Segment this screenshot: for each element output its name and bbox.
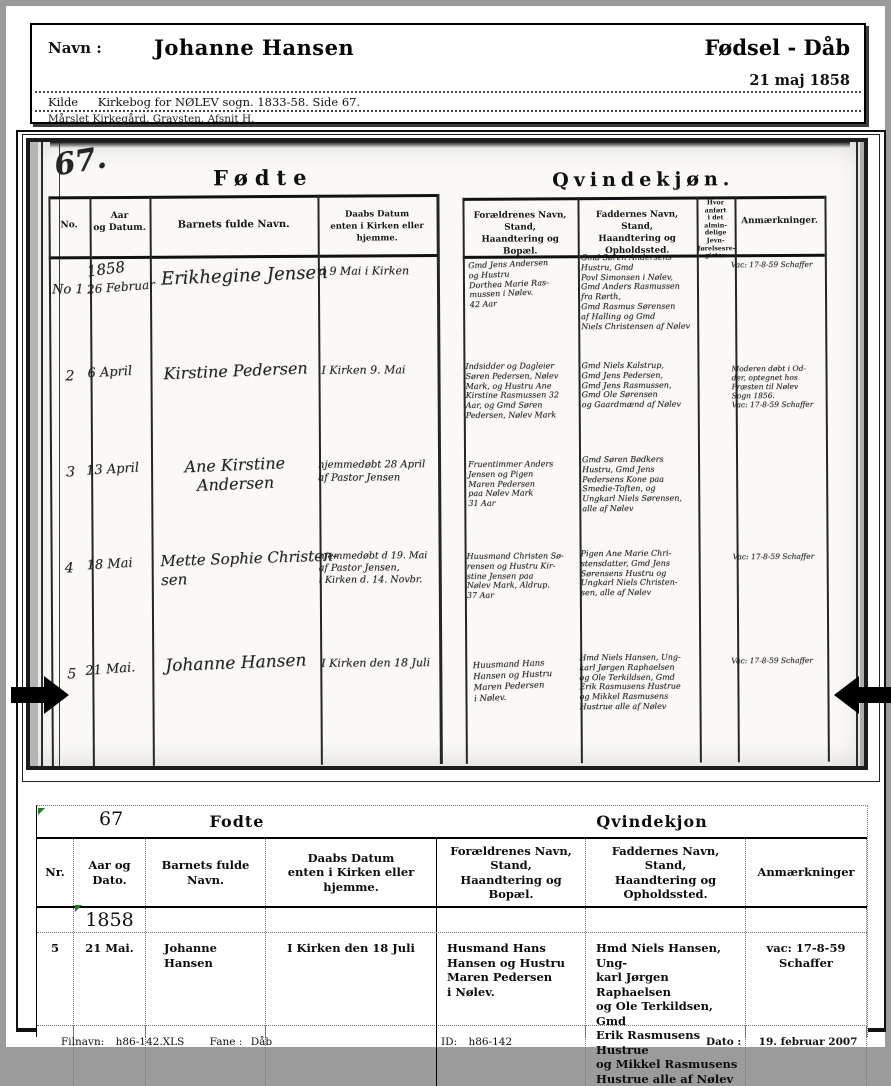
entry-date: 6 April (87, 364, 132, 382)
entry-number: No 1 (52, 282, 84, 297)
translation-title-row: 67 Fodte Qvindekjon (37, 806, 867, 839)
th-remarks: Anmærkninger (746, 839, 867, 906)
footer-left: Filnavn: h86-142.XLS Fane : Dåb (61, 1036, 272, 1048)
header-card: Navn : Johanne Hansen Fødsel - Dåb 21 ma… (30, 23, 866, 124)
col-header-name: Barnets fulde Navn. (150, 219, 318, 231)
page-number-handwritten: 67. (52, 140, 109, 183)
id-label: ID: (441, 1036, 457, 1048)
entry-number: 4 (65, 560, 74, 576)
col-header-remarks: Anmærkninger. (735, 216, 825, 227)
person-name: Johanne Hansen (154, 35, 354, 60)
source-value: Kirkebog for NØLEV sogn. 1833-58. Side 6… (98, 95, 360, 109)
th-name: Barnets fulde Navn. (146, 839, 266, 906)
tab-value: Dåb (251, 1036, 272, 1048)
entry-godparents: Gmd Søren Bødkers Hustru, Gmd Jens Peder… (582, 455, 682, 514)
translation-left-title: Fodte (210, 812, 265, 831)
entry-baptism: d 9 Mai i Kirken (319, 264, 409, 278)
right-section-title: Qvindekjøn. (498, 168, 788, 192)
entry-number: 2 (65, 368, 74, 384)
entry-godparents: Pigen Ane Marie Chri- stensdatter, Gmd J… (581, 549, 678, 599)
date-label: Dato : (706, 1036, 741, 1048)
entry-remarks: Vac: 17-8-59 Schaffer (731, 260, 813, 269)
date-value: 19. februar 2007 (759, 1036, 858, 1048)
entry-baptism: I Kirken 9. Mai (321, 363, 405, 377)
entry-parents: Huusmand Christen Sø- rensen og Hustru K… (467, 551, 564, 601)
col-header-godparents: Faddernes Navn, Stand, Haandtering og Op… (580, 208, 695, 257)
rule (49, 254, 439, 259)
column-line (734, 196, 739, 762)
entry-number: 3 (66, 464, 75, 480)
th-baptism: Daabs Datum enten i Kirken eller hjemme. (266, 839, 437, 906)
entry-baptism: I Kirken den 18 Juli (321, 656, 430, 670)
church-book-scan: 67. Fødte Qvindekjøn. (26, 138, 868, 770)
entry-date: 21 Mai. (85, 660, 136, 679)
divider (35, 110, 861, 112)
right-pointer-arrow-icon (834, 676, 891, 714)
translation-right-title: Qvindekjon (596, 812, 708, 831)
translation-year: 1858 (85, 909, 133, 931)
translation-left-title-cell: 67 Fodte (37, 806, 437, 837)
column-line (824, 196, 829, 762)
scan-sheet: 67. Fødte Qvindekjøn. (28, 139, 866, 768)
entry-name: Erikhegine Jensen (161, 262, 329, 290)
translation-page-number: 67 (99, 808, 123, 830)
footer-right: Dato : 19. februar 2007 (706, 1036, 857, 1048)
footer-bar: Filnavn: h86-142.XLS Fane : Dåb ID: h86-… (16, 1033, 882, 1051)
column-line (462, 198, 467, 764)
year-cell-empty (266, 908, 437, 932)
entry-remarks: Vac: 17-8-59 Schaffer (731, 656, 813, 665)
year-cell: 1858 (74, 908, 146, 932)
source-line: Kilde Kirkebog for NØLEV sogn. 1833-58. … (48, 95, 360, 109)
col-header-baptism: Daabs Datum enten i Kirken eller hjemme. (317, 208, 436, 245)
col-header-parents: Forældrenes Navn, Stand, Haandtering og … (465, 209, 576, 258)
year-cell-empty (437, 908, 586, 932)
source-label: Kilde (48, 95, 78, 109)
entry-godparents: Hmd Niels Hansen, Ung- karl Jørgen Rapha… (579, 653, 681, 712)
tab-label: Fane : (210, 1036, 243, 1048)
footer-center: ID: h86-142 (441, 1036, 512, 1048)
entry-godparents: Gmd Søren Andersens Hustru, Gmd Povl Sim… (581, 253, 690, 332)
year-cell-empty (586, 908, 746, 932)
event-title: Fødsel - Dåb (705, 35, 850, 60)
event-date: 21 maj 1858 (749, 72, 850, 89)
col-header-no: No. (49, 220, 90, 230)
filename-value: h86-142.XLS (116, 1036, 185, 1048)
translation-data-row: 5 21 Mai. Johanne Hansen I Kirken den 18… (37, 933, 867, 1026)
entry-remarks: Moderen døbt i Od- der, optegnet hos Præ… (731, 364, 813, 409)
translation-right-title-cell: Qvindekjon (437, 806, 867, 837)
entry-parents: Indsidder og Dagleier Søren Pedersen, Nø… (465, 361, 559, 420)
year-cell-empty (37, 908, 74, 932)
divider (35, 91, 861, 93)
entry-name: Ane Kirstine Andersen (169, 453, 300, 496)
translation-header-row: Nr. Aar og Dato. Barnets fulde Navn. Daa… (37, 839, 867, 908)
comment-marker-icon (38, 808, 45, 815)
filename-label: Filnavn: (61, 1036, 104, 1048)
entry-parents: Huusmand Hans Hansen og Hustru Maren Ped… (473, 658, 554, 705)
id-value: h86-142 (468, 1036, 512, 1048)
comment-marker-icon (75, 905, 82, 912)
entry-date: 26 Februar (87, 277, 156, 296)
column-line (696, 196, 701, 762)
report-page: Navn : Johanne Hansen Fødsel - Dåb 21 ma… (6, 6, 885, 1047)
th-nr: Nr. (37, 839, 74, 906)
entry-godparents: Gmd Niels Kalstrup, Gmd Jens Pedersen, G… (581, 361, 680, 411)
entry-date: 18 Mai (86, 556, 133, 574)
cemetery-note: Mårslet Kirkegård. Gravsten. Afsnit H. (48, 113, 254, 125)
year-cell-empty (746, 908, 867, 932)
th-parents: Forældrenes Navn, Stand, Haandtering og … (437, 839, 586, 906)
th-godparents: Faddernes Navn, Stand, Haandtering og Op… (586, 839, 746, 906)
entry-baptism: hjemmedøbt 28 April af Pastor Jensen (318, 458, 425, 485)
entry-name: Johanne Hansen (165, 650, 307, 676)
left-section-title: Fødte (148, 164, 378, 190)
left-pointer-arrow-icon (11, 676, 69, 714)
scan-frame: 67. Fødte Qvindekjøn. (22, 134, 880, 782)
col-header-date: Aar og Datum. (90, 210, 150, 234)
entry-remarks: Vac: 17-8-59 Schaffer (733, 552, 815, 561)
name-label: Navn : (48, 39, 102, 57)
translation-year-row: 1858 (37, 908, 867, 933)
entry-name: Mette Sophie Christen- sen (160, 546, 339, 590)
translation-table: 67 Fodte Qvindekjon Nr. Aar og Dato. Bar… (36, 805, 868, 1037)
year-entry: 1858 (86, 258, 126, 281)
rule (48, 194, 438, 199)
entry-baptism: hjemmedøbt d 19. Mai af Pastor Jensen, i… (319, 550, 428, 587)
entry-date: 13 April (86, 461, 140, 479)
col-header-register: Hvor anført i det almin- delige Jevn- fø… (697, 199, 733, 260)
entry-parents: Fruentimmer Anders Jensen og Pigen Maren… (468, 459, 553, 509)
entry-parents: Gmd Jens Andersen og Hustru Dorthea Mari… (468, 258, 550, 310)
entry-name: Kirstine Pedersen (163, 358, 308, 383)
year-cell-empty (146, 908, 266, 932)
page-fold-line (436, 194, 442, 764)
rule (462, 196, 824, 201)
record-frame: 67. Fødte Qvindekjøn. (16, 130, 886, 1032)
th-date: Aar og Dato. (74, 839, 146, 906)
